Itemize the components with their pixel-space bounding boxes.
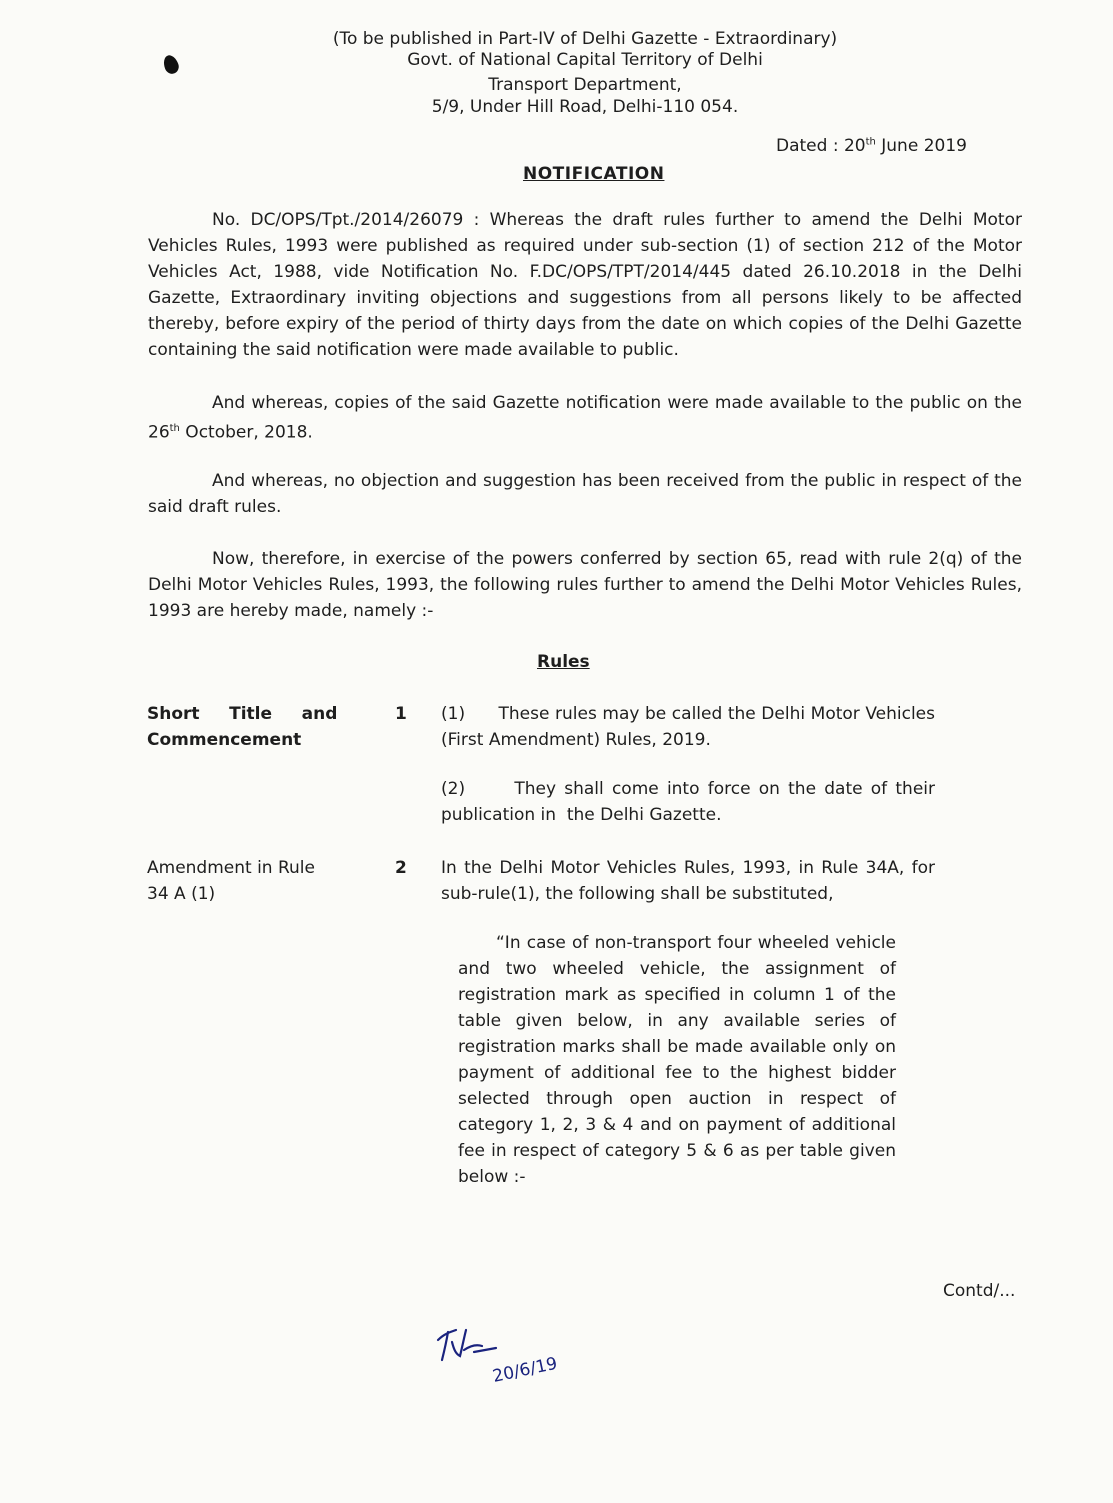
- rule-1-label-line1: Short Title and: [147, 701, 387, 727]
- rule-1-label-line2: Commencement: [147, 727, 301, 753]
- p2-sup: th: [170, 423, 180, 434]
- rule-2-quoted-text: “In case of non-transport four wheeled v…: [458, 933, 896, 1187]
- rule-1-clause-1: (1) These rules may be called the Delhi …: [441, 701, 935, 753]
- header-address-line: 5/9, Under Hill Road, Delhi-110 054.: [200, 96, 970, 118]
- rules-heading: Rules: [537, 652, 590, 672]
- paragraph-enactment: Now, therefore, in exercise of the power…: [148, 546, 1022, 624]
- rule-2-clause: In the Delhi Motor Vehicles Rules, 1993,…: [441, 855, 935, 907]
- ink-blot-mark: [161, 53, 181, 76]
- header-govt-line: Govt. of National Capital Territory of D…: [200, 49, 970, 71]
- header-department-line: Transport Department,: [200, 74, 970, 96]
- dated-sup: th: [866, 136, 876, 147]
- rule-1-clause-2: (2) They shall come into force on the da…: [441, 776, 935, 828]
- paragraph-no-objection-text: And whereas, no objection and suggestion…: [148, 471, 1022, 517]
- rule-2-number: 2: [395, 855, 407, 881]
- rule-2-label-line2: 34 A (1): [147, 881, 215, 907]
- paragraph-no-objection: And whereas, no objection and suggestion…: [148, 468, 1022, 520]
- dated-prefix: Dated : 20: [776, 136, 866, 156]
- gazette-page: (To be published in Part-IV of Delhi Gaz…: [0, 0, 1113, 1503]
- header-publication-line: (To be published in Part-IV of Delhi Gaz…: [200, 28, 970, 50]
- paragraph-enactment-text: Now, therefore, in exercise of the power…: [148, 549, 1022, 621]
- p2-text-b: October, 2018.: [180, 423, 313, 443]
- paragraph-publication-date: And whereas, copies of the said Gazette …: [148, 390, 1022, 446]
- signature-date: 20/6/19: [491, 1354, 559, 1387]
- paragraph-preamble: No. DC/OPS/Tpt./2014/26079 : Whereas the…: [148, 207, 1022, 363]
- rule-2-substituted-text: “In case of non-transport four wheeled v…: [458, 930, 896, 1190]
- signature-scribble-icon: 20/6/19: [430, 1320, 600, 1390]
- continued-marker: Contd/...: [943, 1281, 1015, 1301]
- rule-1-number: 1: [395, 701, 407, 727]
- signature: 20/6/19: [430, 1320, 600, 1394]
- dated-suffix: June 2019: [876, 136, 967, 156]
- dated-line: Dated : 20th June 2019: [776, 136, 967, 156]
- paragraph-preamble-text: No. DC/OPS/Tpt./2014/26079 : Whereas the…: [148, 210, 1022, 360]
- notification-title: NOTIFICATION: [523, 164, 664, 184]
- rule-2-label-line1: Amendment in Rule: [147, 855, 315, 881]
